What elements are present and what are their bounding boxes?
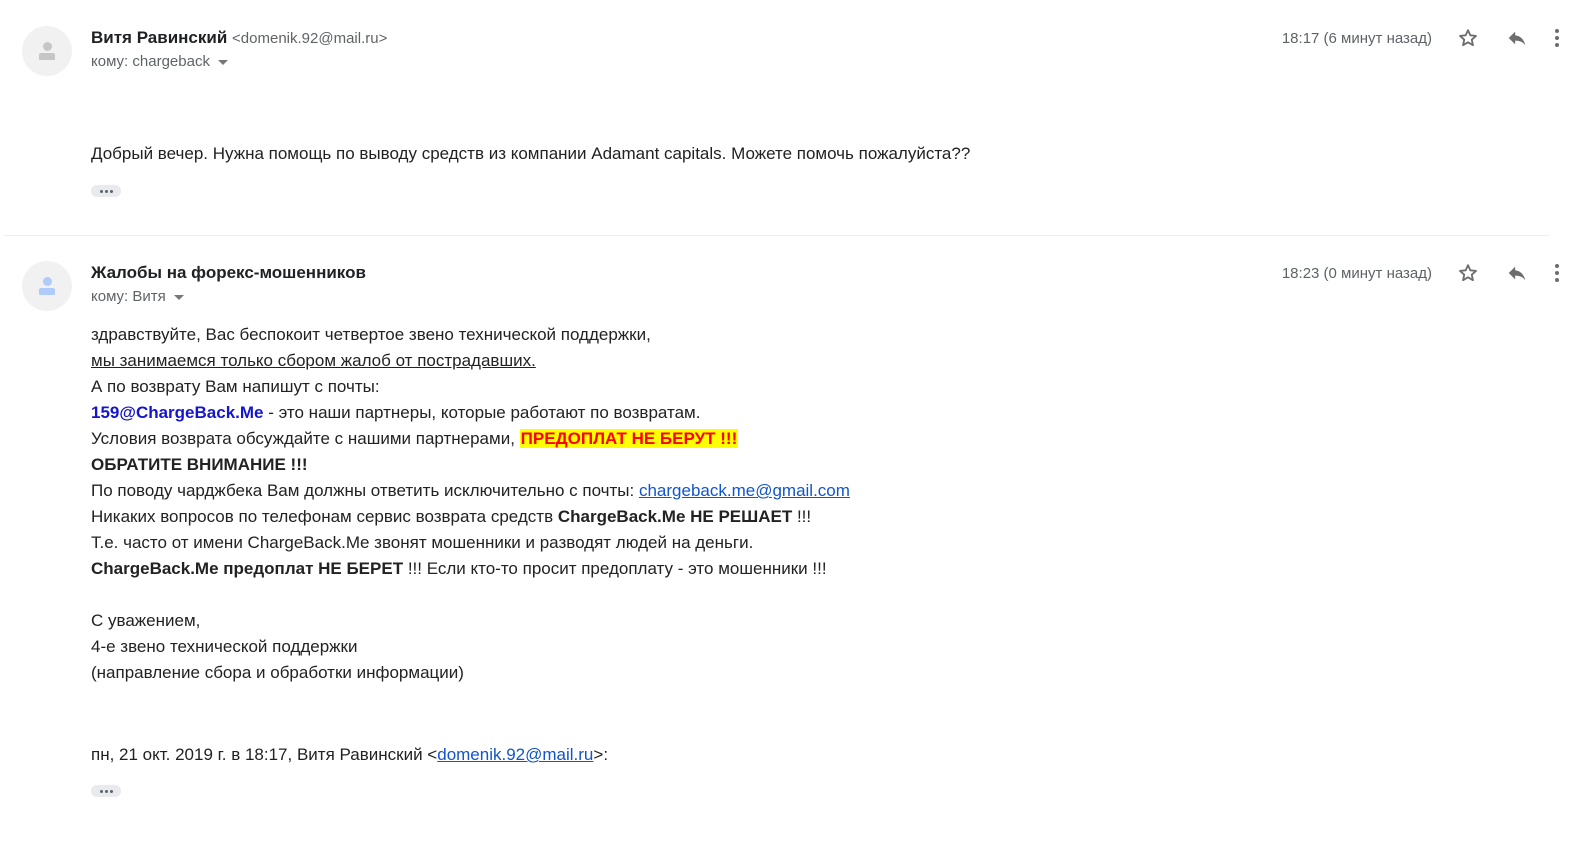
body-line: здравствуйте, Вас беспокоит четвертое зв… — [91, 322, 850, 348]
body-line: По поводу чарджбека Вам должны ответить … — [91, 478, 850, 504]
body-text: По поводу чарджбека Вам должны ответить … — [91, 481, 639, 500]
sender-line: Жалобы на форекс-мошенников — [91, 263, 366, 283]
signature-line: (направление сбора и обработки информаци… — [91, 660, 850, 686]
body-text: Условия возврата обсуждайте с нашими пар… — [91, 429, 520, 448]
dot-icon — [100, 790, 103, 793]
chevron-down-icon[interactable] — [174, 295, 184, 300]
dot-icon — [105, 190, 108, 193]
body-line-underlined: мы занимаемся только сбором жалоб от пос… — [91, 348, 850, 374]
quote-suffix: >: — [593, 745, 608, 764]
message-body: здравствуйте, Вас беспокоит четвертое зв… — [91, 322, 850, 686]
sender-email: <domenik.92@mail.ru> — [232, 30, 387, 47]
chevron-down-icon[interactable] — [218, 60, 228, 65]
recipient-line[interactable]: кому: Витя — [91, 288, 184, 305]
bold-text: ChargeBack.Me НЕ РЕШАЕТ — [558, 507, 792, 526]
person-icon-body — [39, 288, 55, 295]
person-icon-head — [43, 42, 52, 51]
more-vert-icon[interactable] — [1552, 24, 1562, 52]
body-line: Т.е. часто от имени ChargeBack.Me звонят… — [91, 530, 850, 556]
person-icon-body — [39, 53, 55, 60]
warning-highlight: ПРЕДОПЛАТ НЕ БЕРУТ !!! — [520, 429, 739, 448]
person-icon-head — [43, 277, 52, 286]
body-line: ChargeBack.Me предоплат НЕ БЕРЕТ !!! Есл… — [91, 556, 850, 582]
message-actions: 18:17 (6 минут назад) — [1252, 24, 1580, 52]
sender-avatar[interactable] — [22, 26, 72, 76]
sender-avatar[interactable] — [22, 261, 72, 311]
show-trimmed-content-button[interactable] — [91, 785, 121, 797]
star-icon[interactable] — [1454, 259, 1482, 287]
blank-line — [91, 582, 850, 608]
body-line: А по возврату Вам напишут с почты: — [91, 374, 850, 400]
message-actions: 18:23 (0 минут назад) — [1252, 259, 1580, 287]
quote-prefix: пн, 21 окт. 2019 г. в 18:17, Витя Равинс… — [91, 745, 437, 764]
recipient-line[interactable]: кому: chargeback — [91, 53, 228, 70]
body-text: !!! Если кто-то просит предоплату - это … — [403, 559, 826, 578]
body-line: 159@ChargeBack.Me - это наши партнеры, к… — [91, 400, 850, 426]
body-text: !!! — [792, 507, 811, 526]
sender-name[interactable]: Жалобы на форекс-мошенников — [91, 263, 366, 282]
timestamp: 18:17 (6 минут назад) — [1252, 30, 1432, 47]
reply-icon[interactable] — [1503, 24, 1531, 52]
dot-icon — [100, 190, 103, 193]
signature-line: С уважением, — [91, 608, 850, 634]
show-trimmed-content-button[interactable] — [91, 185, 121, 197]
quote-email-link[interactable]: domenik.92@mail.ru — [437, 745, 593, 764]
quote-attribution: пн, 21 окт. 2019 г. в 18:17, Витя Равинс… — [91, 745, 608, 765]
body-line: Никаких вопросов по телефонам сервис воз… — [91, 504, 850, 530]
body-text: - это наши партнеры, которые работают по… — [264, 403, 701, 422]
dot-icon — [110, 790, 113, 793]
dot-icon — [110, 190, 113, 193]
partner-email: 159@ChargeBack.Me — [91, 403, 264, 422]
reply-icon[interactable] — [1503, 259, 1531, 287]
recipient-label: кому: Витя — [91, 288, 166, 305]
star-icon[interactable] — [1454, 24, 1482, 52]
body-text: Никаких вопросов по телефонам сервис воз… — [91, 507, 558, 526]
more-vert-icon[interactable] — [1552, 259, 1562, 287]
bold-text: ChargeBack.Me предоплат НЕ БЕРЕТ — [91, 559, 403, 578]
dot-icon — [105, 790, 108, 793]
signature-line: 4-е звено технической поддержки — [91, 634, 850, 660]
recipient-label: кому: chargeback — [91, 53, 210, 70]
message-1: Витя Равинский <domenik.92@mail.ru> кому… — [0, 0, 1580, 236]
sender-name[interactable]: Витя Равинский — [91, 28, 227, 47]
timestamp: 18:23 (0 минут назад) — [1252, 265, 1432, 282]
chargeback-email-link[interactable]: chargeback.me@gmail.com — [639, 481, 850, 500]
message-divider — [4, 235, 1550, 236]
message-body: Добрый вечер. Нужна помощь по выводу сре… — [91, 144, 970, 164]
sender-line: Витя Равинский <domenik.92@mail.ru> — [91, 28, 387, 48]
body-line: Условия возврата обсуждайте с нашими пар… — [91, 426, 850, 452]
message-2: Жалобы на форекс-мошенников кому: Витя 1… — [0, 237, 1580, 846]
attention-heading: ОБРАТИТЕ ВНИМАНИЕ !!! — [91, 452, 850, 478]
